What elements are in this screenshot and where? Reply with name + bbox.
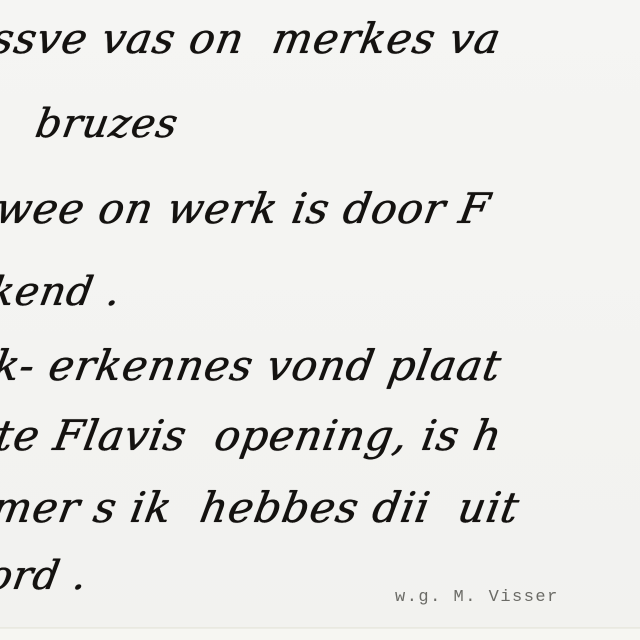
handwritten-line-6: te Flavis opening, is h <box>0 415 505 457</box>
handwritten-line-2: bruzes <box>32 104 181 144</box>
paper-bottom-margin <box>0 629 640 640</box>
typed-signature: w.g. M. Visser <box>395 588 559 607</box>
handwritten-line-1: ssve vas on merkes va <box>0 18 504 60</box>
scanned-letter-page: ssve vas on merkes va bruzes wee on werk… <box>0 0 640 640</box>
handwritten-line-5: k- erkennes vond plaat <box>0 345 505 387</box>
handwritten-line-4: kend . <box>0 272 124 312</box>
handwritten-line-7: mer s ik hebbes dii uit <box>0 487 523 529</box>
handwritten-line-3: wee on werk is door F <box>0 188 493 230</box>
handwritten-line-8: ord . <box>0 556 91 596</box>
